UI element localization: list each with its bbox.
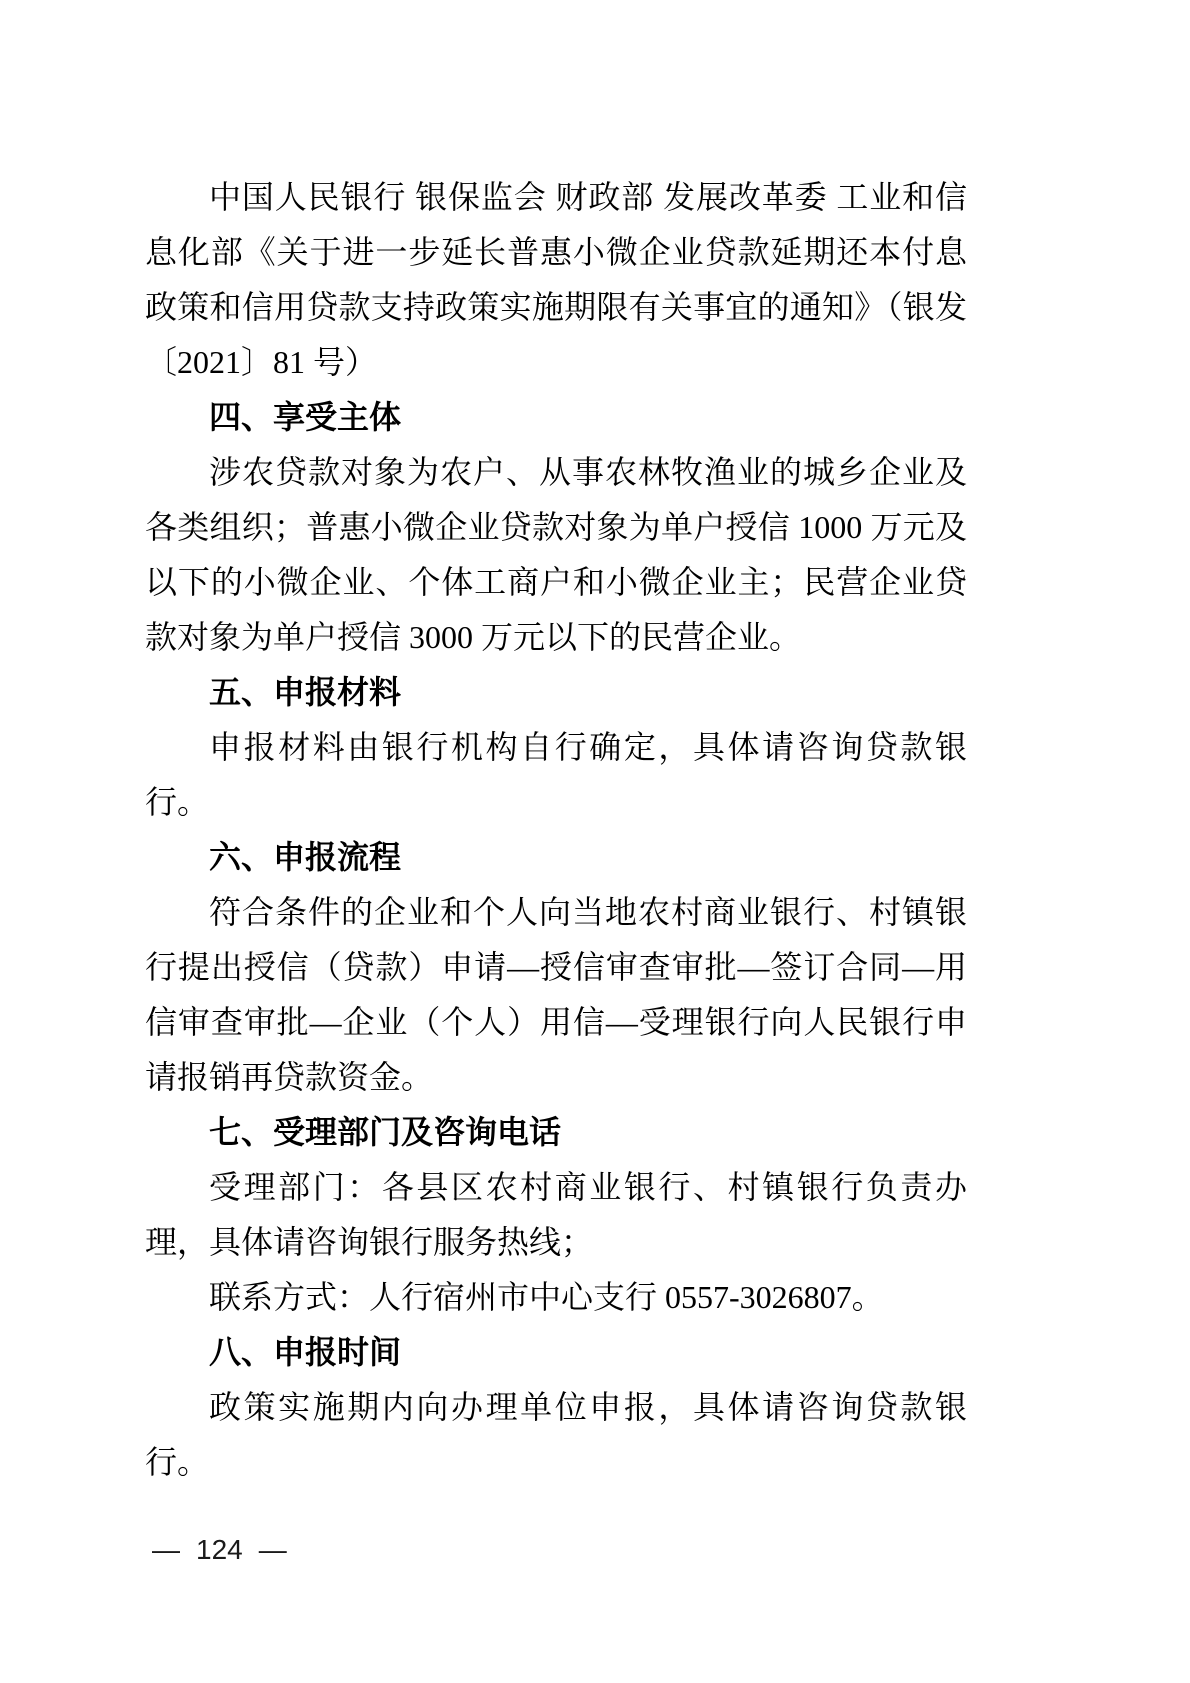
section-heading: 四、享受主体	[145, 390, 967, 445]
page-footer: — 124 —	[152, 1530, 287, 1570]
section-heading: 八、申报时间	[145, 1325, 967, 1380]
paragraph: 涉农贷款对象为农户、从事农林牧渔业的城乡企业及各类组织；普惠小微企业贷款对象为单…	[145, 445, 967, 665]
paragraph: 联系方式：人行宿州市中心支行 0557-3026807。	[145, 1270, 967, 1325]
page-number: 124	[196, 1534, 243, 1566]
section-heading: 五、申报材料	[145, 665, 967, 720]
paragraph: 中国人民银行 银保监会 财政部 发展改革委 工业和信息化部《关于进一步延长普惠小…	[145, 170, 967, 390]
footer-dash-left: —	[152, 1534, 180, 1566]
footer-dash-right: —	[259, 1534, 287, 1566]
document-page: 中国人民银行 银保监会 财政部 发展改革委 工业和信息化部《关于进一步延长普惠小…	[0, 0, 1190, 1683]
paragraph: 符合条件的企业和个人向当地农村商业银行、村镇银行提出授信（贷款）申请—授信审查审…	[145, 885, 967, 1105]
section-heading: 七、受理部门及咨询电话	[145, 1105, 967, 1160]
paragraph: 受理部门：各县区农村商业银行、村镇银行负责办理，具体请咨询银行服务热线；	[145, 1160, 967, 1270]
document-body: 中国人民银行 银保监会 财政部 发展改革委 工业和信息化部《关于进一步延长普惠小…	[145, 170, 967, 1490]
section-heading: 六、申报流程	[145, 830, 967, 885]
paragraph: 申报材料由银行机构自行确定，具体请咨询贷款银行。	[145, 720, 967, 830]
paragraph: 政策实施期内向办理单位申报，具体请咨询贷款银行。	[145, 1380, 967, 1490]
